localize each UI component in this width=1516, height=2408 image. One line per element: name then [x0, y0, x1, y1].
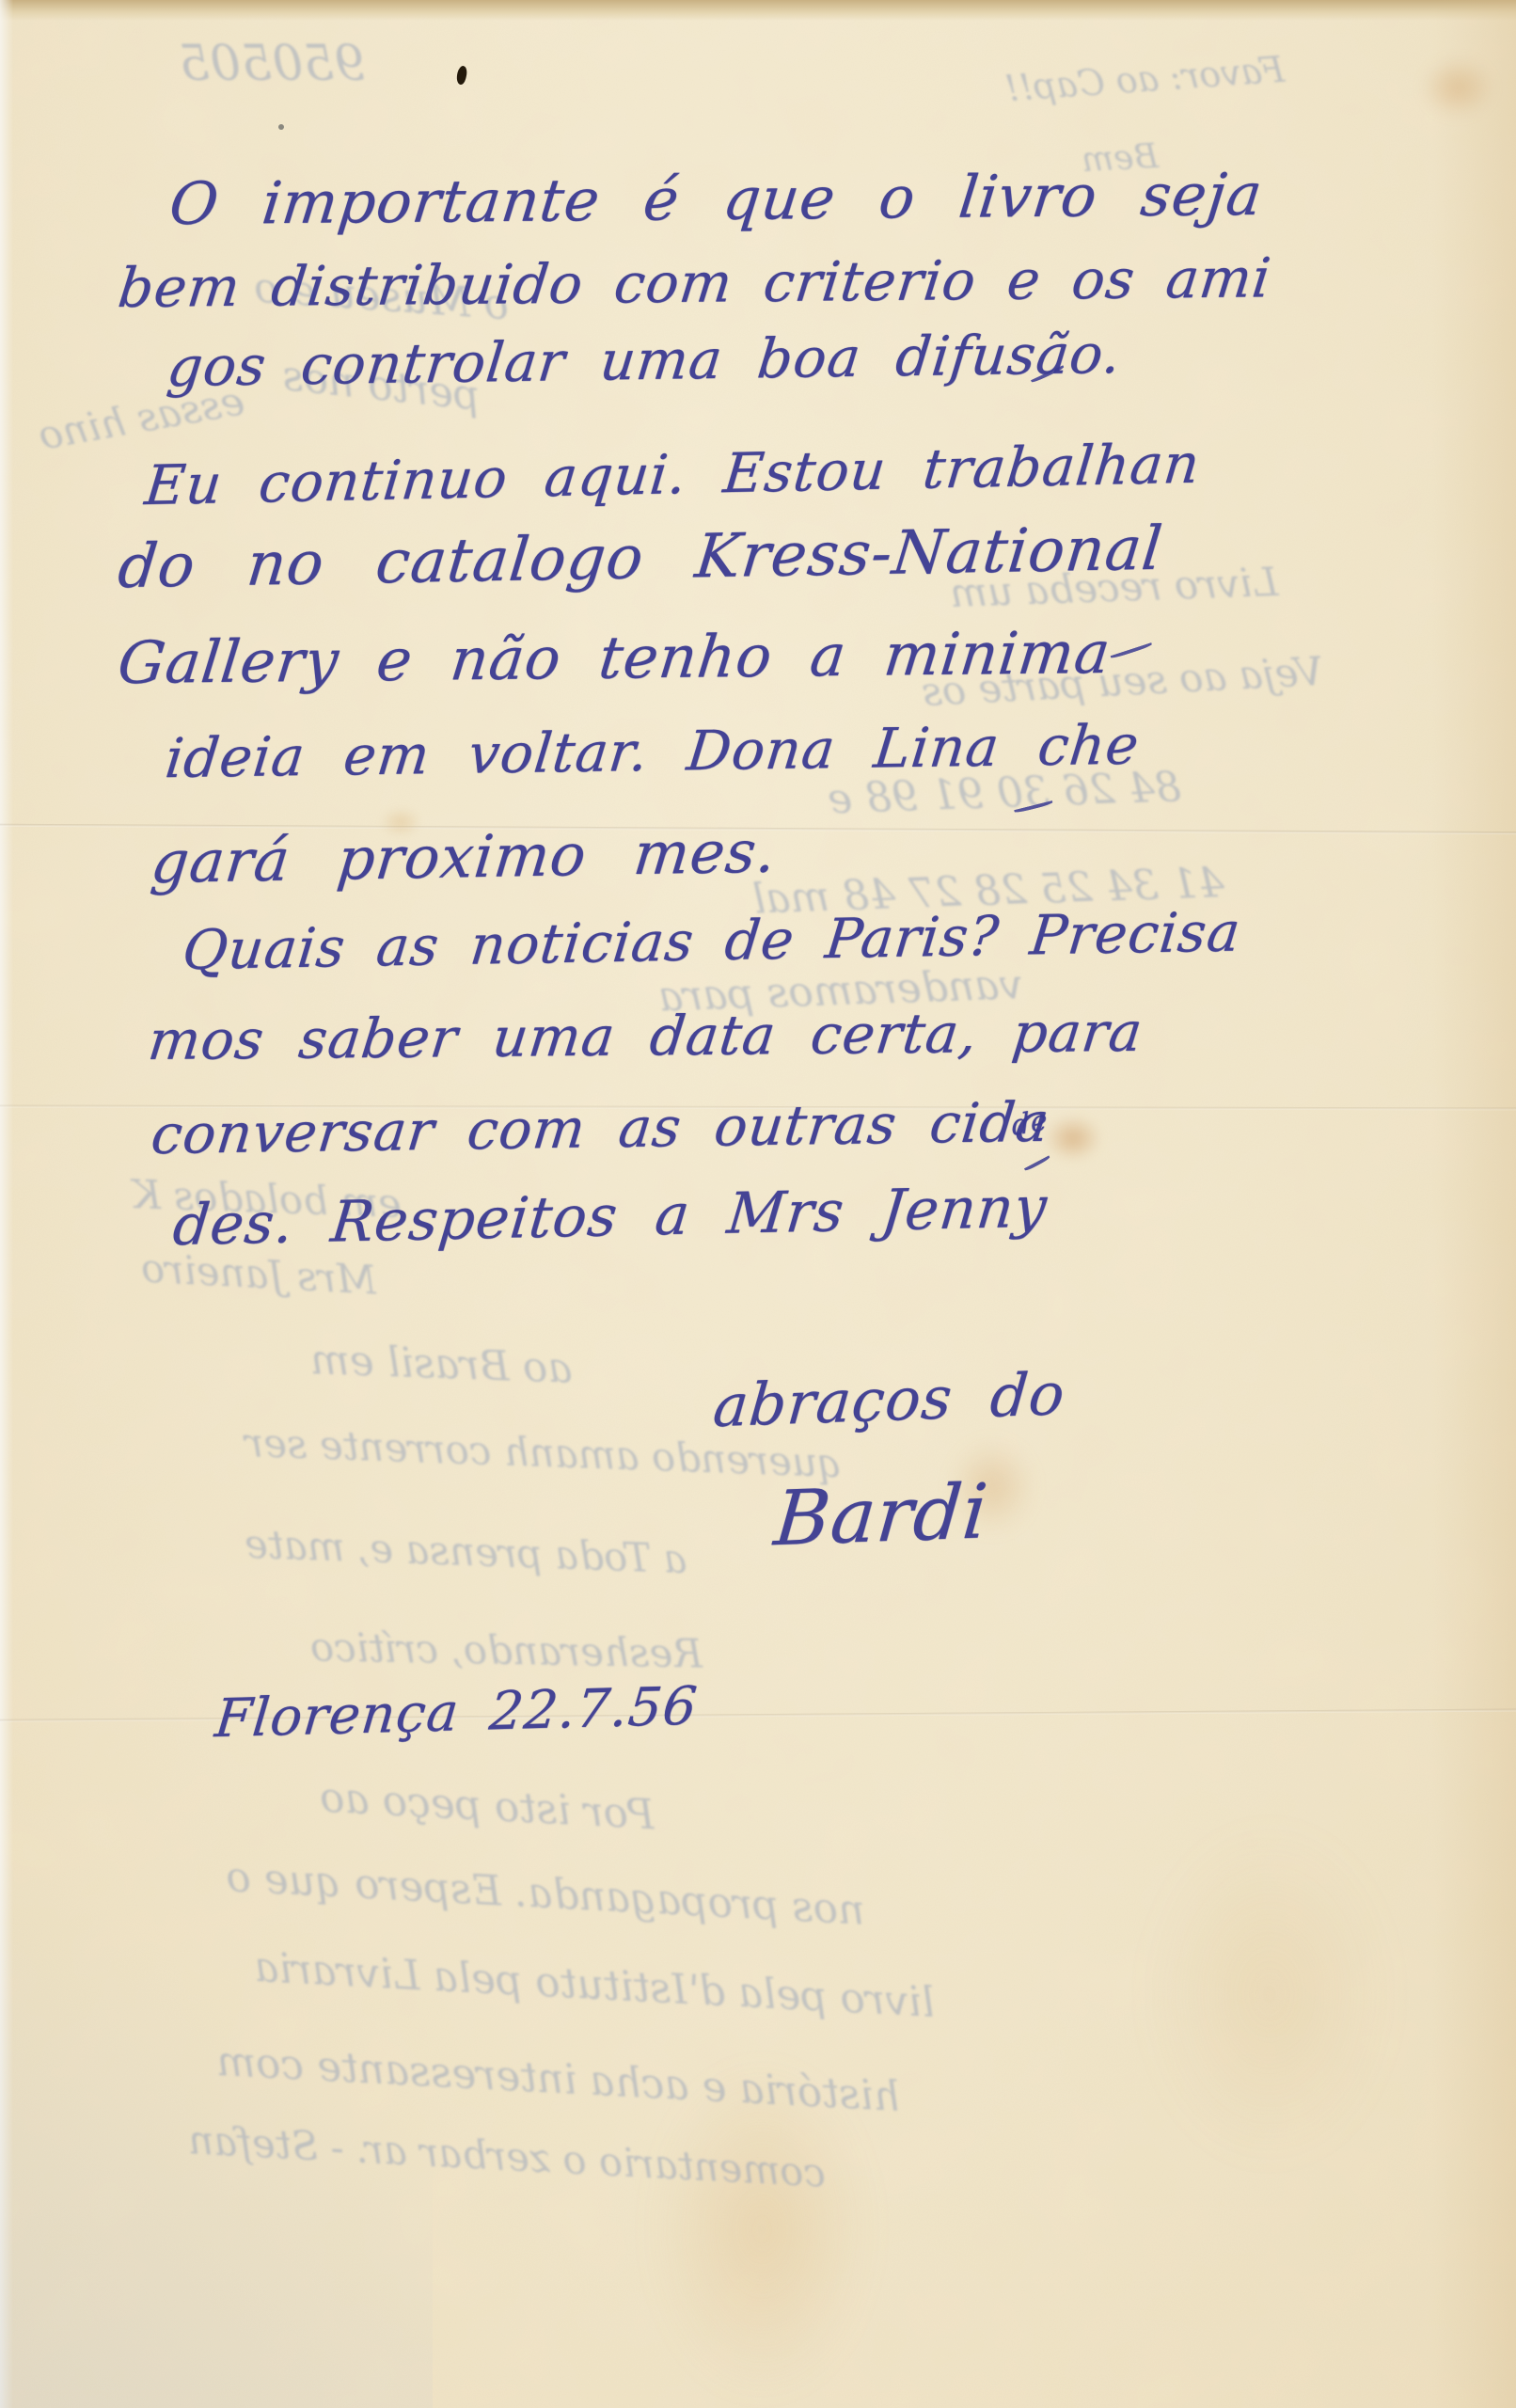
- valediction: abraços do: [711, 1359, 1068, 1440]
- letter-line: ideia em voltar. Dona Lina che: [163, 713, 1143, 791]
- letter-line: mos saber uma data certa, para: [145, 1000, 1145, 1072]
- bleedthrough-fragment: Resherando, crítico: [310, 1624, 703, 1676]
- bleedthrough-fragment: 950505: [179, 36, 366, 92]
- letter-line: de: [1011, 1103, 1049, 1143]
- signature: Bardi: [771, 1467, 992, 1562]
- letter-line: bem distribuido com criterio e os ami: [115, 246, 1274, 320]
- right-edge-tint: [1431, 0, 1516, 2408]
- letter-line: gos controlar uma boa difusão.: [165, 322, 1125, 399]
- bleedthrough-fragment: ao Brasil em: [309, 1336, 573, 1393]
- letter-line: conversar com as outras cida: [149, 1090, 1053, 1166]
- letter-line: gará proximo mes.: [148, 816, 780, 896]
- top-edge-shadow: [0, 0, 1516, 21]
- letter-line: O importante é que o livro seja: [166, 160, 1267, 238]
- letter-scan: 950505Favor: ao Cap!!Bemo Museu e operto…: [0, 0, 1516, 2408]
- letter-line: Gallery e não tenho a minima: [115, 618, 1114, 697]
- dateline: Florença 22.7.56: [213, 1676, 701, 1751]
